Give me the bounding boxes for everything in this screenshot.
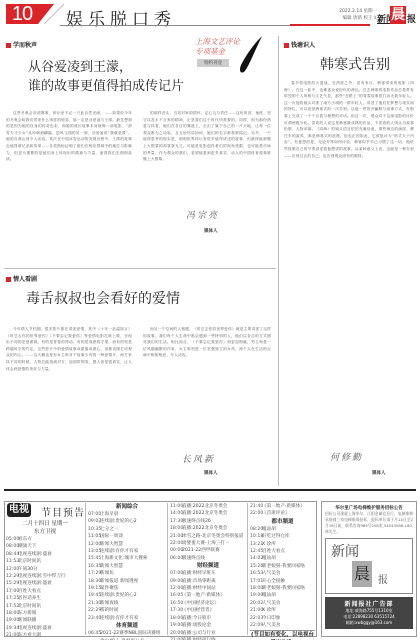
program-name: 案件聚焦 [100,586,118,591]
program-name: 上海早晨 [100,512,118,517]
column-tag: 学而秋声 [6,40,37,49]
program-time: 19:00 [170,622,182,629]
program-row: 17:25名医话养生 [6,595,84,602]
program-row: 19:15案件聚焦 [88,585,166,592]
program-row: 13:05连续剧:有你才有家 [88,548,166,555]
program-name: 人气美食 [262,571,280,576]
program-row: 17:00百姓大看点 [6,588,84,595]
program-name: 电视连续剧:盛衰 [18,626,52,631]
article-body: 春节档电影的大混战，在热度之外，更有争议，韩寒带来的电影《四海》，在这一轮中，也… [284,80,414,442]
article-headline: 韩寒式告别 [320,56,390,75]
program-time: 13:21 [250,541,262,548]
logo-right: 报 [407,12,416,25]
schedule-notice: (节目如有变化，以电视台播出为准) [250,630,315,640]
program-name: 连续剧:贵妃的心2 [100,593,137,598]
program-row: 08:44电视连续剧:盛衰 [6,551,84,558]
program-time: 12:00 [88,541,100,548]
tv-guide-header: 电视 节目预告 [7,503,87,521]
header-red-accent [290,24,370,26]
column-tag: 情人看剧 [6,274,37,283]
program-name: 连续剧:有你才有家 [100,616,138,621]
program-name: 《首席评论》 [262,511,290,516]
program-time: 23:40 [88,615,100,622]
headline-line-1: 从谷爱凌到王濛， [28,58,184,77]
program-name: 直播:公司与行业 [182,631,216,636]
program-name: 今日印象 [262,616,280,621]
program-name: 嘎讪胡 [262,556,276,561]
section-divider [4,268,276,269]
page-number: 10 [6,4,38,24]
ad-department: 新闻报社广告部 [327,599,411,608]
program-time: 11:53 [6,558,18,565]
program-time: 16:53 [250,570,262,577]
program-time: 09:00 [170,578,182,585]
program-time: 21:00 [6,632,18,639]
program-time: 06:00 [170,555,182,562]
program-time: 19:00 [250,592,262,599]
program-row: 21:00东方看大剧 [6,632,84,639]
program-name: 新老娘舅-我要回家咯 [262,586,305,591]
channel-list-metro: 21:40《第一地产·新媒体》22:00《首席评论》 都市频道 08:20嘎讪胡… [250,503,315,640]
ad-text: 招标公司现就上海华尔，江阴金属信息行，电梯维修承接商三家电梯维保招标，报标单位请… [322,511,416,535]
channel-title: 新闻综合 [88,503,166,511]
program-name: 《中国经营者》 [182,608,214,613]
stamp-badge: 特约刊登 [197,59,229,67]
program-name: 新闻报道 新闻透视 [100,579,138,584]
program-row: 15:26新老娘舅-我要回家咯 [250,563,315,570]
issue-date: 2022.2.14 星期一 [325,8,377,15]
program-time: 08:44 [6,551,18,558]
program-time: 13:05 [88,548,100,555]
program-row: 18:00直播:2022北京冬奥会 [170,525,246,532]
program-name: 连续剧:有你才有家 [100,549,138,554]
program-name: 《第一地产·新媒体》 [262,504,305,509]
program-row: 21:00X 诊所 [250,607,315,614]
program-time: 05:00 [6,536,18,543]
logo-mid: 晨 [390,6,406,24]
program-name: 《第一地产·新媒体》 [182,593,225,598]
program-time: 14:00 [170,510,182,517]
program-name: 嘎讪胡 [262,527,276,532]
article-headline: 从谷爱凌到王濛， 谁的故事更值得拍成传记片 [28,58,184,96]
program-time: 15:29 [6,580,18,587]
program-row: 11:05国际一周谈 [88,533,166,540]
program-time: 15:26 [250,563,262,570]
program-time: 22:09 [250,622,262,629]
program-time: 00:00 [170,547,182,554]
program-name: 嘎讪胡 [262,593,276,598]
column-divider [278,36,279,486]
program-time: 10:18 [250,533,262,540]
program-row: 13:21X 诊所 [250,541,315,548]
program-row: 11:00直播:2022北京冬奥会 [170,503,246,510]
program-time: 14:02 [250,555,262,562]
tv-guide-date: 二月十四日 星期一 东方卫视 [15,520,75,536]
channel-title: 体育频道 [88,622,166,630]
program-row: 14:00直播:2022北京冬奥会 [170,510,246,517]
channel-list-news: 新闻综合 07:00上海早晨09:02连续剧:贵妃的心210:35七分之一11:… [88,503,166,640]
program-name: X 诊所 [262,542,276,547]
stamp-line-2: 专项基金 [195,47,240,57]
program-time: 21:00 [250,607,262,614]
program-time: 12:29 [6,573,18,580]
program-row: 16:53人气美食 [250,570,315,577]
program-time: 16:50 [170,600,182,607]
author-signature: 长风新 [182,452,215,465]
program-name: 连续剧:贵妃的心2 [100,519,137,524]
program-row: 09:02连续剧:贵妃的心2 [88,518,166,525]
program-time: 18:00 [6,610,18,617]
channel-title: 都市频道 [250,518,315,526]
program-time: 17:00 [6,588,18,595]
program-row: 08:00潮涌天下 [6,543,84,550]
headline-line-2: 谁的故事更值得拍成传记片 [28,77,184,96]
program-time: 19:15 [88,585,100,592]
program-time: 06:45 [88,630,100,637]
program-name: 北京时间讯 [18,604,41,609]
program-time: 08:20 [250,526,262,533]
ad-logo-part-1: 新闻 [331,541,359,561]
program-time: 20:02 [250,600,262,607]
tv-column-divider [247,503,248,635]
program-row: 18:00新老娘舅-我要回家咯 [250,585,315,592]
program-time: 07:00 [88,511,100,518]
program-row: 08:20嘎讪胡 [250,526,315,533]
program-name: 开心全接触 [262,579,285,584]
program-time: 18:00 [170,615,182,622]
program-name: 直播:2022北京冬奥会 [182,504,227,509]
newspaper-logo: 新闻 晨 报 [377,6,419,26]
program-row: 22:03今日印象 [250,615,315,622]
tv-column-divider [167,503,168,635]
program-name: 东方新闻 [18,611,36,616]
program-name: 新闻坊 [100,571,114,576]
program-name: X 诊所 [262,608,276,613]
program-name: 直播:财经中间站 [182,586,216,591]
program-time: 18:00 [170,525,182,532]
program-name: 2021-22西甲联赛 [182,548,220,553]
program-row: 07:00直播:财经早班车 [170,570,246,577]
program-time: 17:30 [170,607,182,614]
page-divider [4,489,416,491]
program-time: 16:35 [88,563,100,570]
program-name: 人气美食 [262,601,280,606]
program-name: 七分之一 [100,527,118,532]
program-row: 19:00嘎讪胡 [250,592,315,599]
tv-logo: 电视 [7,503,31,517]
program-row: 22:29茶的时间 [88,607,166,614]
program-row: 20:00直播:公司与行业 [170,630,246,637]
program-name: 直播:今日股市 [182,616,211,621]
program-name: 电视连续剧:盛衰 [18,552,52,557]
program-time: 15:45 [88,555,100,562]
program-time: 16:05 [170,592,182,599]
program-name: 东方看大剧 [18,633,41,638]
program-time: 17:29 [88,570,100,577]
program-row: 07:00上海早晨 [88,511,166,518]
program-row: 19:00新闻联播 [6,617,84,624]
program-time: 22:00 [170,540,182,547]
program-time: 17:52 [6,603,18,610]
program-name: 2021-22赛季NBL国际决赛组 [100,631,161,636]
program-name: 北京时间讯 [18,559,41,564]
ad-logo-part-3: 报 [378,571,388,586]
program-name: 新闻夜线 [100,601,118,606]
program-name: 直播:市场零距离 [182,579,216,584]
program-name: 新老娘舅-我要回家咯 [262,564,305,569]
program-time: 09:02 [88,518,100,525]
column-tag: 钱塘识人 [284,40,315,49]
channel-title: 东方卫视 [15,528,75,536]
program-row: 06:00极速终点线 [170,555,246,562]
program-row: 21:30新闻夜线 [88,600,166,607]
program-row: 15:45上海新文化:城市大搜索 [88,555,166,562]
channel-list-sports: 11:00直播:2022北京冬奥会14:00直播:2022北京冬奥会17:30极… [170,503,246,640]
program-time: 22:00 [250,510,262,517]
program-row: 05:00看东方 [6,536,84,543]
author-byline: 媒体人 [372,470,386,476]
program-row: 18:00东方新闻 [6,610,84,617]
program-row: 12:00午间30分 [6,566,84,573]
program-time: 21:40 [250,503,262,510]
program-row: 19:34电视连续剧:盛衰 [6,625,84,632]
program-row: 00:002021-22西甲联赛 [170,547,246,554]
program-name: 上海新文化:城市大搜索 [100,556,148,561]
program-name: 《中国经济论坛》 [182,601,219,606]
stamp-calligraphy: 上海文艺评论 专项基金 [195,37,240,57]
editor-credits: 编辑 唐新 校王文 [325,15,377,22]
program-time: 08:00 [6,543,18,550]
program-name: 新闻大智慧 [100,542,123,547]
program-name: 好吃过得仓库 [262,534,290,539]
program-row: 23:40连续剧:有你才有家 [88,615,166,622]
program-row: 20:02人气美食 [250,600,315,607]
program-name: 人气美食 [262,623,280,628]
program-time: 18:00 [250,585,262,592]
decorative-stripe [44,4,64,24]
channel-title: 财经频道 [170,562,246,570]
program-row: 11:53北京时间讯 [6,558,84,565]
program-time: 12:45 [250,548,262,555]
ad-email: 邮箱:xwbggy@163.com [327,620,411,626]
channel-list-dongfang: 05:00看东方08:00潮涌天下08:44电视连续剧:盛衰11:53北京时间讯… [6,536,84,640]
ad-logo: 新闻 晨 报 [325,538,413,594]
program-name: 冰雪之路-北京冬奥会特别报道 [182,534,243,539]
program-time: 12:00 [6,566,18,573]
program-name: 百姓大看点 [262,549,285,554]
program-time: 07:00 [170,570,182,577]
program-time: 21:00 [170,533,182,540]
program-name: 电视连续剧:盛衰 [18,581,52,586]
author-byline: 媒体人 [204,228,218,234]
ad-contact: 新闻报社广告部 地址:威海路755号1310室 电话:22898230 6351… [325,597,413,629]
article-body-cont: 的那样劲头，当初对家国情怀、定心丸与责任……这份冲劲、速度、坚守以及永不言弃的精… [143,110,271,200]
program-name: 电视连续剧:雪中悍刀行 [18,574,66,579]
program-name: 新闻大智慧 [100,564,123,569]
program-name: 直播:2022北京冬奥会 [182,526,227,531]
program-time: 21:30 [88,600,100,607]
tv-guide-title: 节目预告 [41,504,85,519]
program-row: 12:00直播:财经中间站 [170,585,246,592]
tv-column-divider [85,503,86,635]
program-row: 18:00直播:今日股市 [170,615,246,622]
article-body: 今年情人节档期，很多影片都在讲述爱情，其中《十年一品温如言》《时总去你的世界爱你… [6,326,132,476]
program-row: 17:29新闻坊 [88,570,166,577]
section-title: 娱乐脱口秀 [66,5,176,30]
program-row: 22:09人气美食 [250,622,315,629]
program-time: 17:30 [170,518,182,525]
program-row: 15:29电视连续剧:盛衰 [6,580,84,587]
dateline: 2022.2.14 星期一 编辑 唐新 校王文 [325,8,377,22]
program-row: 14:02嘎讪胡 [250,555,315,562]
program-time: 19:45 [88,592,100,599]
program-time: 11:00 [170,503,182,510]
program-time: 20:00 [170,630,182,637]
program-row: 22:00贪婪蛋大赛-上海三打一 [170,540,246,547]
stamp-line-1: 上海文艺评论 [195,37,240,47]
program-row: 21:40《第一地产·新媒体》 [250,503,315,510]
program-row: 17:01开心全接触 [250,578,315,585]
author-byline: 媒体人 [204,470,218,476]
program-row: 18:30新闻报道 新闻透视 [88,578,166,585]
program-name: 直播:谈股论金 [182,623,211,628]
program-row: 06:452021-22赛季NBL国际决赛组 [88,630,166,637]
program-time: 22:29 [88,607,100,614]
program-row: 17:30极速终点线26 [170,518,246,525]
article-headline: 毒舌叔叔也会看好的爱情 [26,290,180,309]
ad-logo-part-2: 晨 [352,561,372,587]
program-name: 潮涌天下 [18,544,36,549]
broadcast-date: 二月十四日 星期一 [15,520,75,528]
program-row: 19:45连续剧:贵妃的心2 [88,592,166,599]
program-row: 21:00冰雪之路-北京冬奥会特别报道 [170,533,246,540]
program-row: 10:35七分之一 [88,526,166,533]
article-body-cont: 而另一个空间的人相遇，《时总去你的世界爱你》就是主要讲述了这样的故事。我们每个人… [143,326,271,441]
program-row: 17:52北京时间讯 [6,603,84,610]
program-name: 极速终点线26 [182,519,211,524]
program-row: 12:29电视连续剧:雪中悍刀行 [6,573,84,580]
program-time: 22:03 [250,615,262,622]
program-name: 新闻联播 [18,618,36,623]
program-time: 12:00 [170,585,182,592]
program-name: 直播:财经早班车 [182,571,216,576]
author-signature: 冯宗亮 [186,208,219,221]
program-name: 直播:2022北京冬奥会 [182,511,227,516]
advertisement: 华尔里广场电梯维护服务招标公告 招标公司现就上海华尔，江阴金属信息行，电梯维修承… [321,501,417,637]
program-row: 10:18好吃过得仓库 [250,533,315,540]
program-row: 16:50《中国经济论坛》 [170,600,246,607]
program-row: 16:05《第一地产·新媒体》 [170,592,246,599]
program-time: 10:35 [88,526,100,533]
brush-icon [235,35,263,75]
program-name: 国际一周谈 [100,534,123,539]
program-row: 19:00直播:谈股论金 [170,622,246,629]
program-name: 贪婪蛋大赛-上海三打一 [182,541,230,546]
program-row: 22:00《首席评论》 [250,510,315,517]
program-name: 百姓大看点 [18,589,41,594]
program-time: 19:34 [6,625,18,632]
program-name: 名医话养生 [18,596,41,601]
program-row: 17:30《中国经营者》 [170,607,246,614]
program-name: 极速终点线 [182,556,205,561]
program-time: 19:00 [6,617,18,624]
program-time: 17:25 [6,595,18,602]
program-row: 16:35新闻大智慧 [88,563,166,570]
program-name: 茶的时间 [100,608,118,613]
program-name: 午间30分 [18,567,38,572]
program-row: 12:00新闻大智慧 [88,541,166,548]
program-row: 12:45百姓大看点 [250,548,315,555]
program-time: 18:30 [88,578,100,585]
author-signature: 何修勤 [330,450,363,463]
article-body: 这些冬奥会各项赛事，体坛至不必一只此自然光画，……如果说今年的冬奥会给我们带来什… [6,110,132,228]
program-time: 11:05 [88,533,100,540]
program-row: 09:00直播:市场零距离 [170,578,246,585]
program-name: 看东方 [18,537,32,542]
program-time: 17:01 [250,578,262,585]
